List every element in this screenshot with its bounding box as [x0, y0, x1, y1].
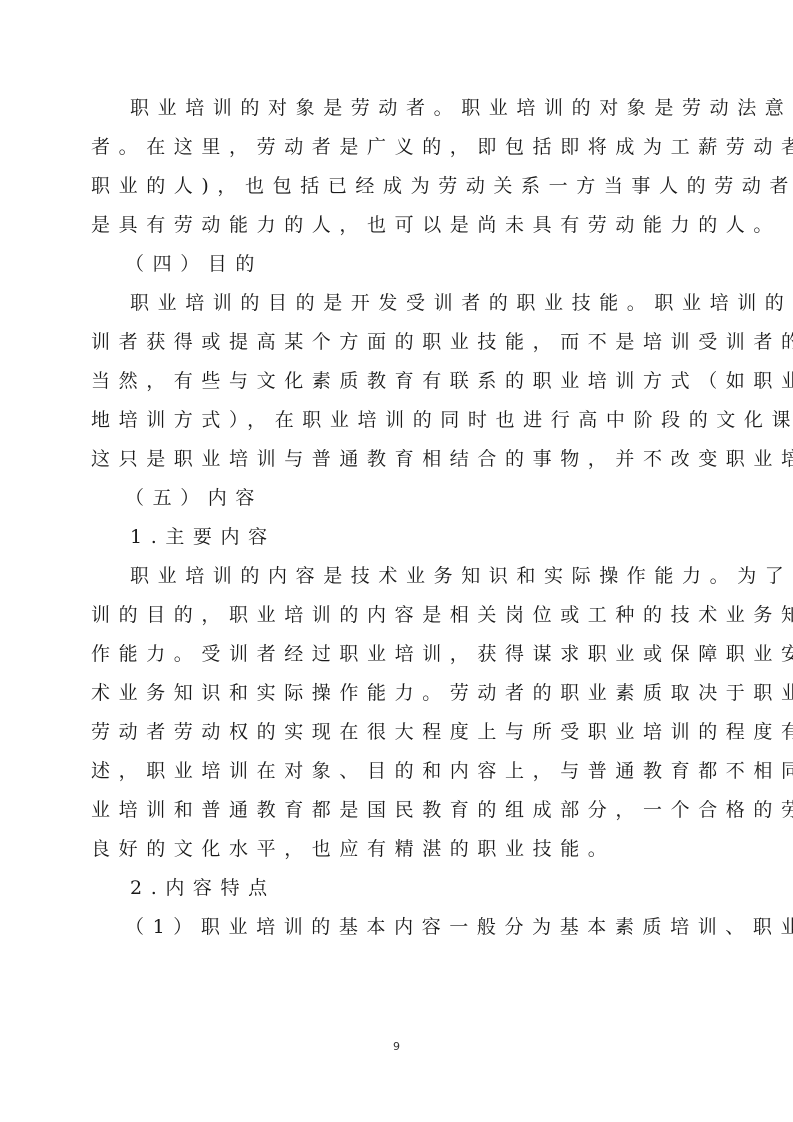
section-heading-content: （五）内容: [91, 479, 707, 518]
paragraph-line: 训的目的，职业培训的内容是相关岗位或工种的技术业务知识和实际操: [91, 596, 707, 635]
paragraph-line: 业培训和普通教育都是国民教育的组成部分，一个合格的劳动者既要有: [91, 791, 707, 830]
paragraph-line: 劳动者劳动权的实现在很大程度上与所受职业培训的程度有关。综上所: [91, 713, 707, 752]
page-number: 9: [0, 1040, 793, 1053]
list-item-line: （1）职业培训的基本内容一般分为基本素质培训、职业知识培训、: [91, 908, 707, 947]
paragraph-line: 是具有劳动能力的人，也可以是尚未具有劳动能力的人。: [91, 206, 707, 245]
paragraph-line: 者。在这里，劳动者是广义的，即包括即将成为工薪劳动者的(人谋求: [91, 128, 707, 167]
paragraph-line: 术业务知识和实际操作能力。劳动者的职业素质取决于职业培训的程度，: [91, 674, 707, 713]
section-heading-purpose: （四）目的: [91, 245, 707, 284]
paragraph-line: 训者获得或提高某个方面的职业技能，而不是培训受训者的文化水平。: [91, 323, 707, 362]
paragraph-line: 职业的人)，也包括已经成为劳动关系一方当事人的劳动者。前者可以: [91, 167, 707, 206]
paragraph-line: 这只是职业培训与普通教育相结合的事物，并不改变职业培训的目的。: [91, 440, 707, 479]
paragraph-line: 职业培训的对象是劳动者。职业培训的对象是劳动法意义上的劳动: [91, 89, 707, 128]
paragraph-line: 地培训方式），在职业培训的同时也进行高中阶段的文化课程教学，但: [91, 401, 707, 440]
subheading-main-content: 1.主要内容: [91, 518, 707, 557]
document-page: 职业培训的对象是劳动者。职业培训的对象是劳动法意义上的劳动 者。在这里，劳动者是…: [91, 89, 707, 947]
paragraph-line: 职业培训的目的是开发受训者的职业技能。职业培训的目的是使受: [91, 284, 707, 323]
subheading-content-features: 2.内容特点: [91, 869, 707, 908]
paragraph-line: 良好的文化水平，也应有精湛的职业技能。: [91, 830, 707, 869]
paragraph-line: 述，职业培训在对象、目的和内容上，与普通教育都不相同。但是，职: [91, 752, 707, 791]
paragraph-line: 当然，有些与文化素质教育有联系的职业培训方式（如职业技术培训场: [91, 362, 707, 401]
paragraph-line: 职业培训的内容是技术业务知识和实际操作能力。为了实现职业培: [91, 557, 707, 596]
paragraph-line: 作能力。受训者经过职业培训，获得谋求职业或保障职业安定必须的技: [91, 635, 707, 674]
